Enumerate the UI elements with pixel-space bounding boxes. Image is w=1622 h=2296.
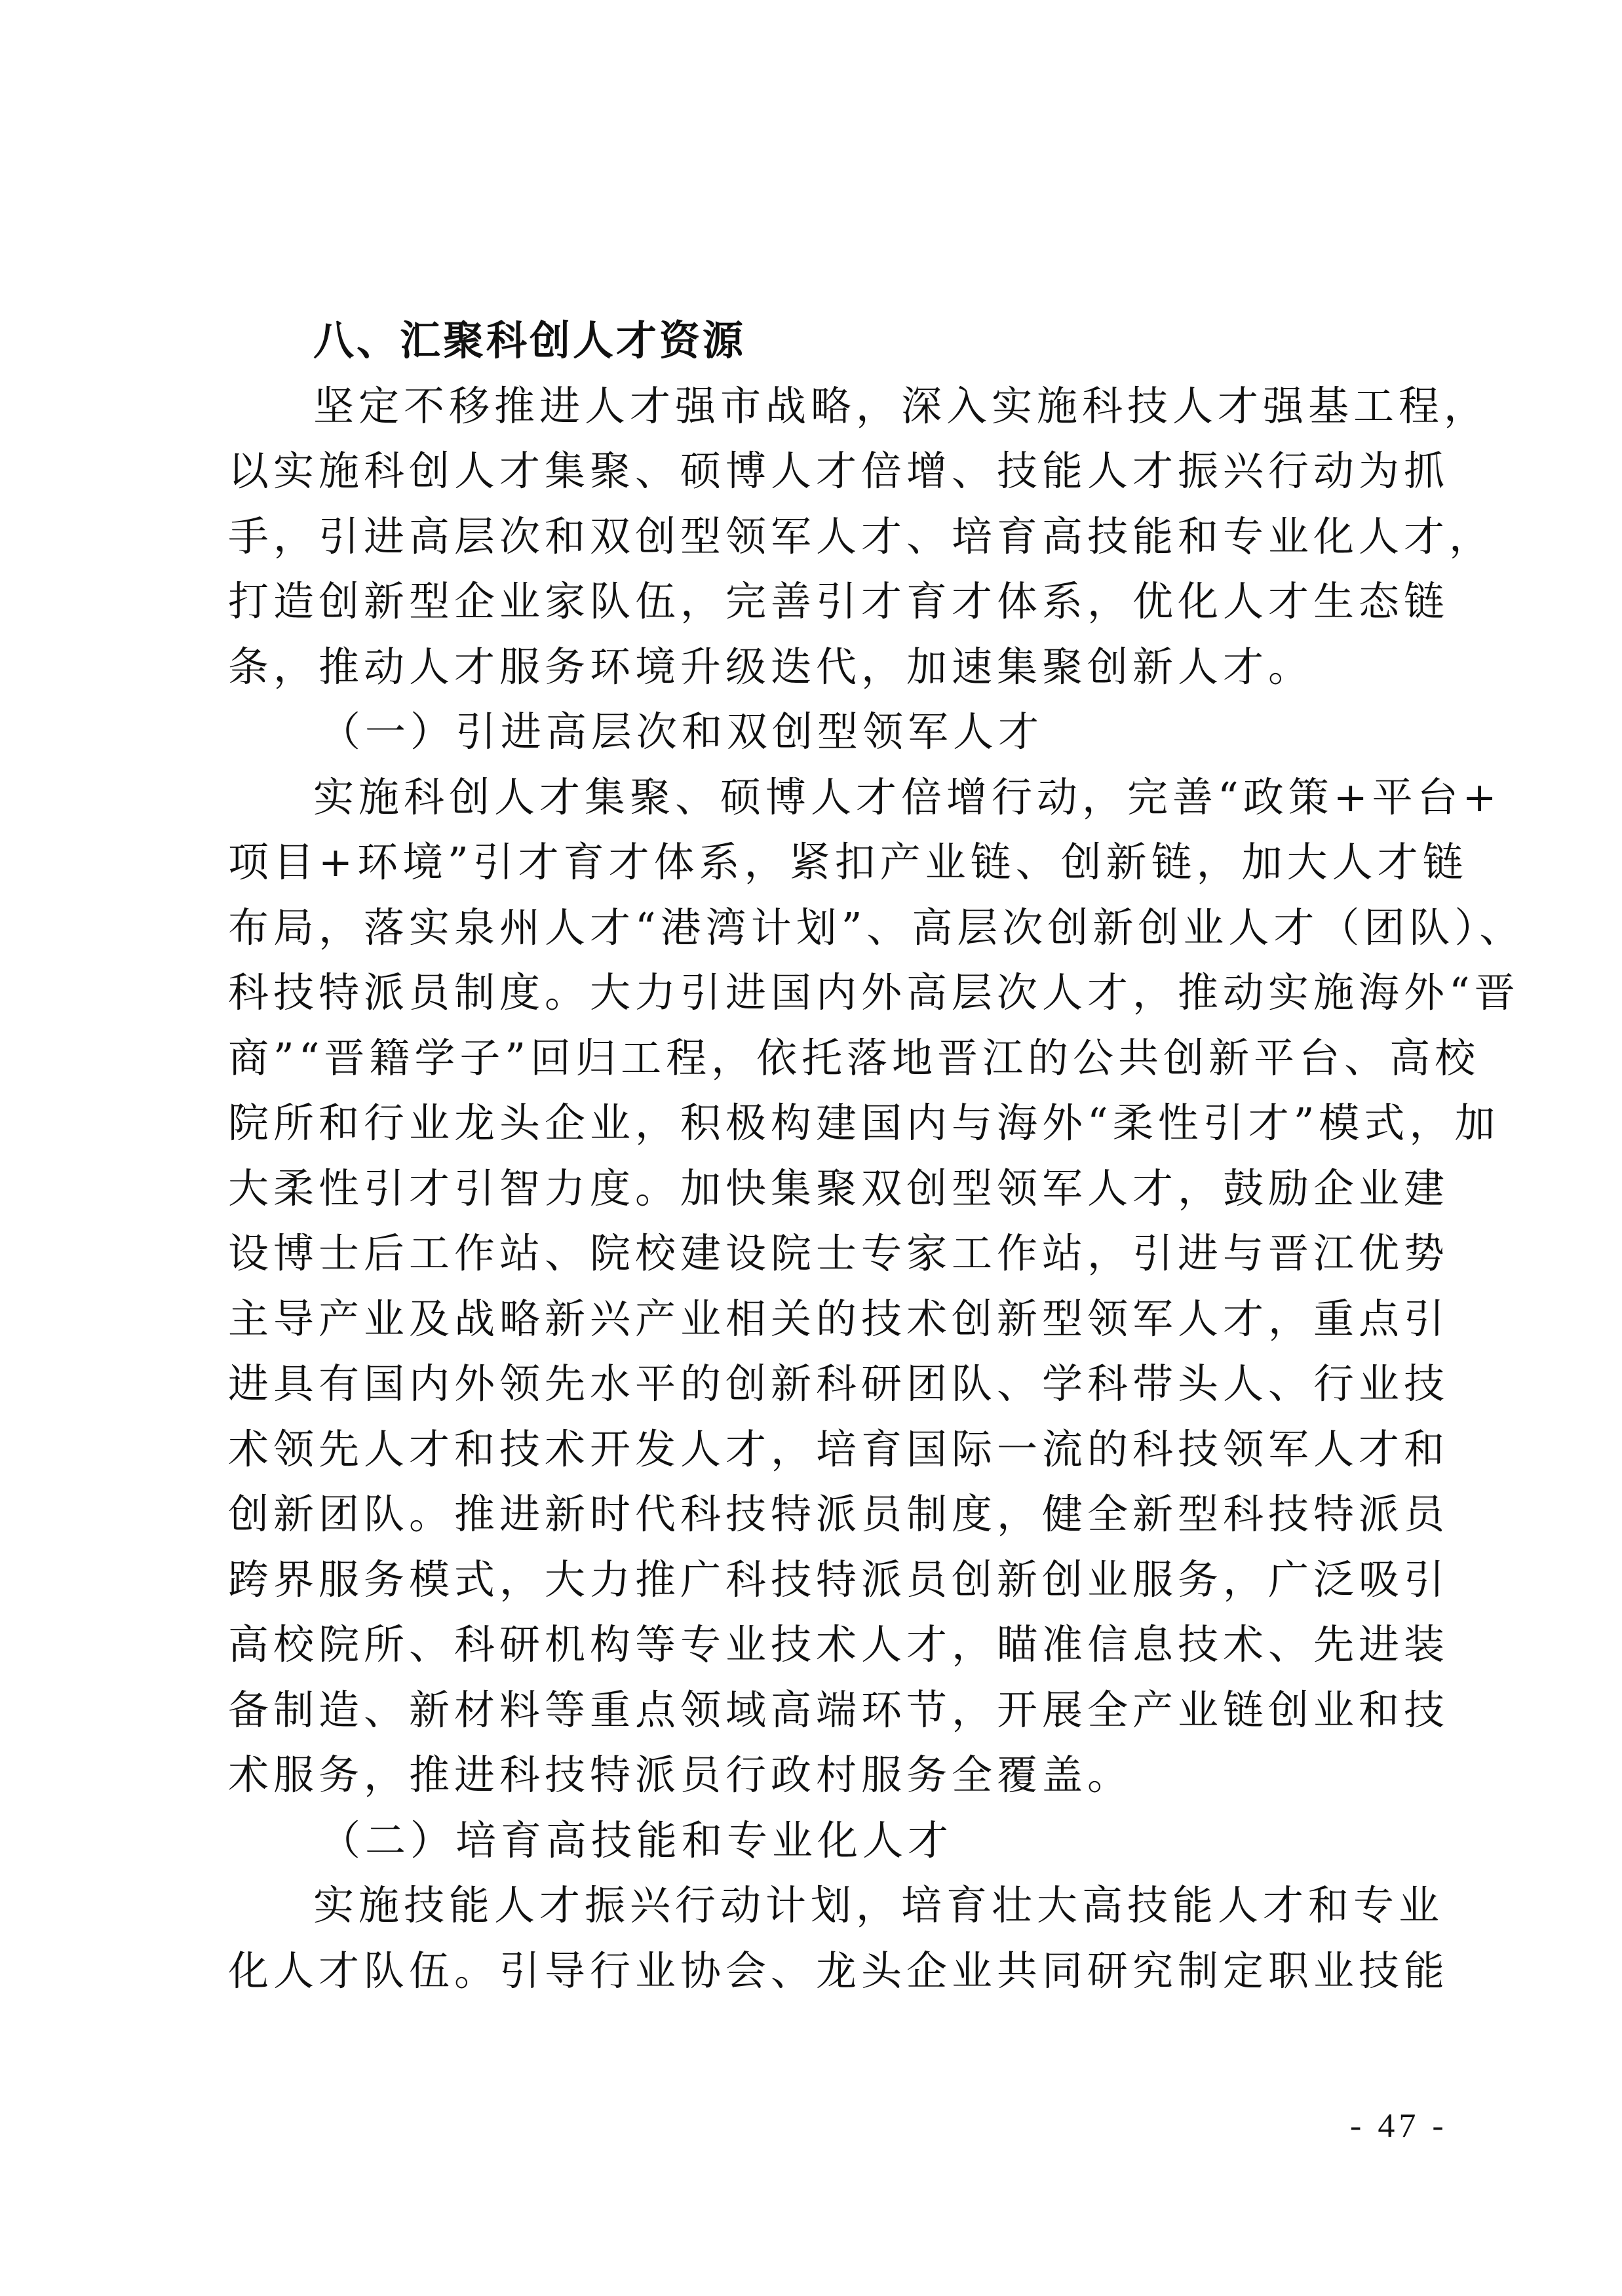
paragraph-line: 手，引进高层次和双创型领军人才、培育高技能和专业化人才， <box>228 504 1431 569</box>
page-number: - 47 - <box>1350 2107 1448 2145</box>
paragraph-line: 主导产业及战略新兴产业相关的技术创新型领军人才，重点引 <box>228 1286 1431 1352</box>
paragraph-line: 项目+环境”引才育才体系，紧扣产业链、创新链，加大人才链 <box>228 830 1431 895</box>
paragraph-line: 商”“晋籍学子”回归工程，依托落地晋江的公共创新平台、高校 <box>228 1025 1431 1091</box>
paragraph-line: 实施技能人才振兴行动计划，培育壮大高技能人才和专业 <box>228 1873 1431 1938</box>
paragraph-line: 备制造、新材料等重点领域高端环节，开展全产业链创业和技 <box>228 1677 1431 1743</box>
paragraph-line: 打造创新型企业家队伍，完善引才育才体系，优化人才生态链 <box>228 569 1431 634</box>
paragraph-line: 创新团队。推进新时代科技特派员制度，健全新型科技特派员 <box>228 1482 1431 1547</box>
paragraph-line: 大柔性引才引智力度。加快集聚双创型领军人才，鼓励企业建 <box>228 1156 1431 1221</box>
paragraph-line: 化人才队伍。引导行业协会、龙头企业共同研究制定职业技能 <box>228 1938 1431 2004</box>
paragraph-line: 术领先人才和技术开发人才，培育国际一流的科技领军人才和 <box>228 1417 1431 1482</box>
paragraph-line: 条，推动人才服务环境升级迭代，加速集聚创新人才。 <box>228 634 1431 700</box>
document-page: 八、汇聚科创人才资源 坚定不移推进人才强市战略，深入实施科技人才强基工程， 以实… <box>228 308 1431 2003</box>
paragraph-line: 高校院所、科研机构等专业技术人才，瞄准信息技术、先进装 <box>228 1612 1431 1677</box>
section-heading: 八、汇聚科创人才资源 <box>228 308 1431 373</box>
paragraph-line: 以实施科创人才集聚、硕博人才倍增、技能人才振兴行动为抓 <box>228 438 1431 504</box>
paragraph-line: 布局，落实泉州人才“港湾计划”、高层次创新创业人才（团队）、 <box>228 895 1431 961</box>
paragraph-line: 进具有国内外领先水平的创新科研团队、学科带头人、行业技 <box>228 1351 1431 1417</box>
subsection-heading: （一）引进高层次和双创型领军人才 <box>228 699 1431 765</box>
paragraph-line: 设博士后工作站、院校建设院士专家工作站，引进与晋江优势 <box>228 1221 1431 1286</box>
paragraph-line: 实施科创人才集聚、硕博人才倍增行动，完善“政策+平台+ <box>228 765 1431 830</box>
subsection-heading: （二）培育高技能和专业化人才 <box>228 1808 1431 1873</box>
paragraph-line: 科技特派员制度。大力引进国内外高层次人才，推动实施海外“晋 <box>228 960 1431 1025</box>
paragraph-line: 坚定不移推进人才强市战略，深入实施科技人才强基工程， <box>228 373 1431 439</box>
paragraph-line: 术服务，推进科技特派员行政村服务全覆盖。 <box>228 1742 1431 1808</box>
paragraph-line: 跨界服务模式，大力推广科技特派员创新创业服务，广泛吸引 <box>228 1547 1431 1613</box>
paragraph-line: 院所和行业龙头企业，积极构建国内与海外“柔性引才”模式，加 <box>228 1090 1431 1156</box>
